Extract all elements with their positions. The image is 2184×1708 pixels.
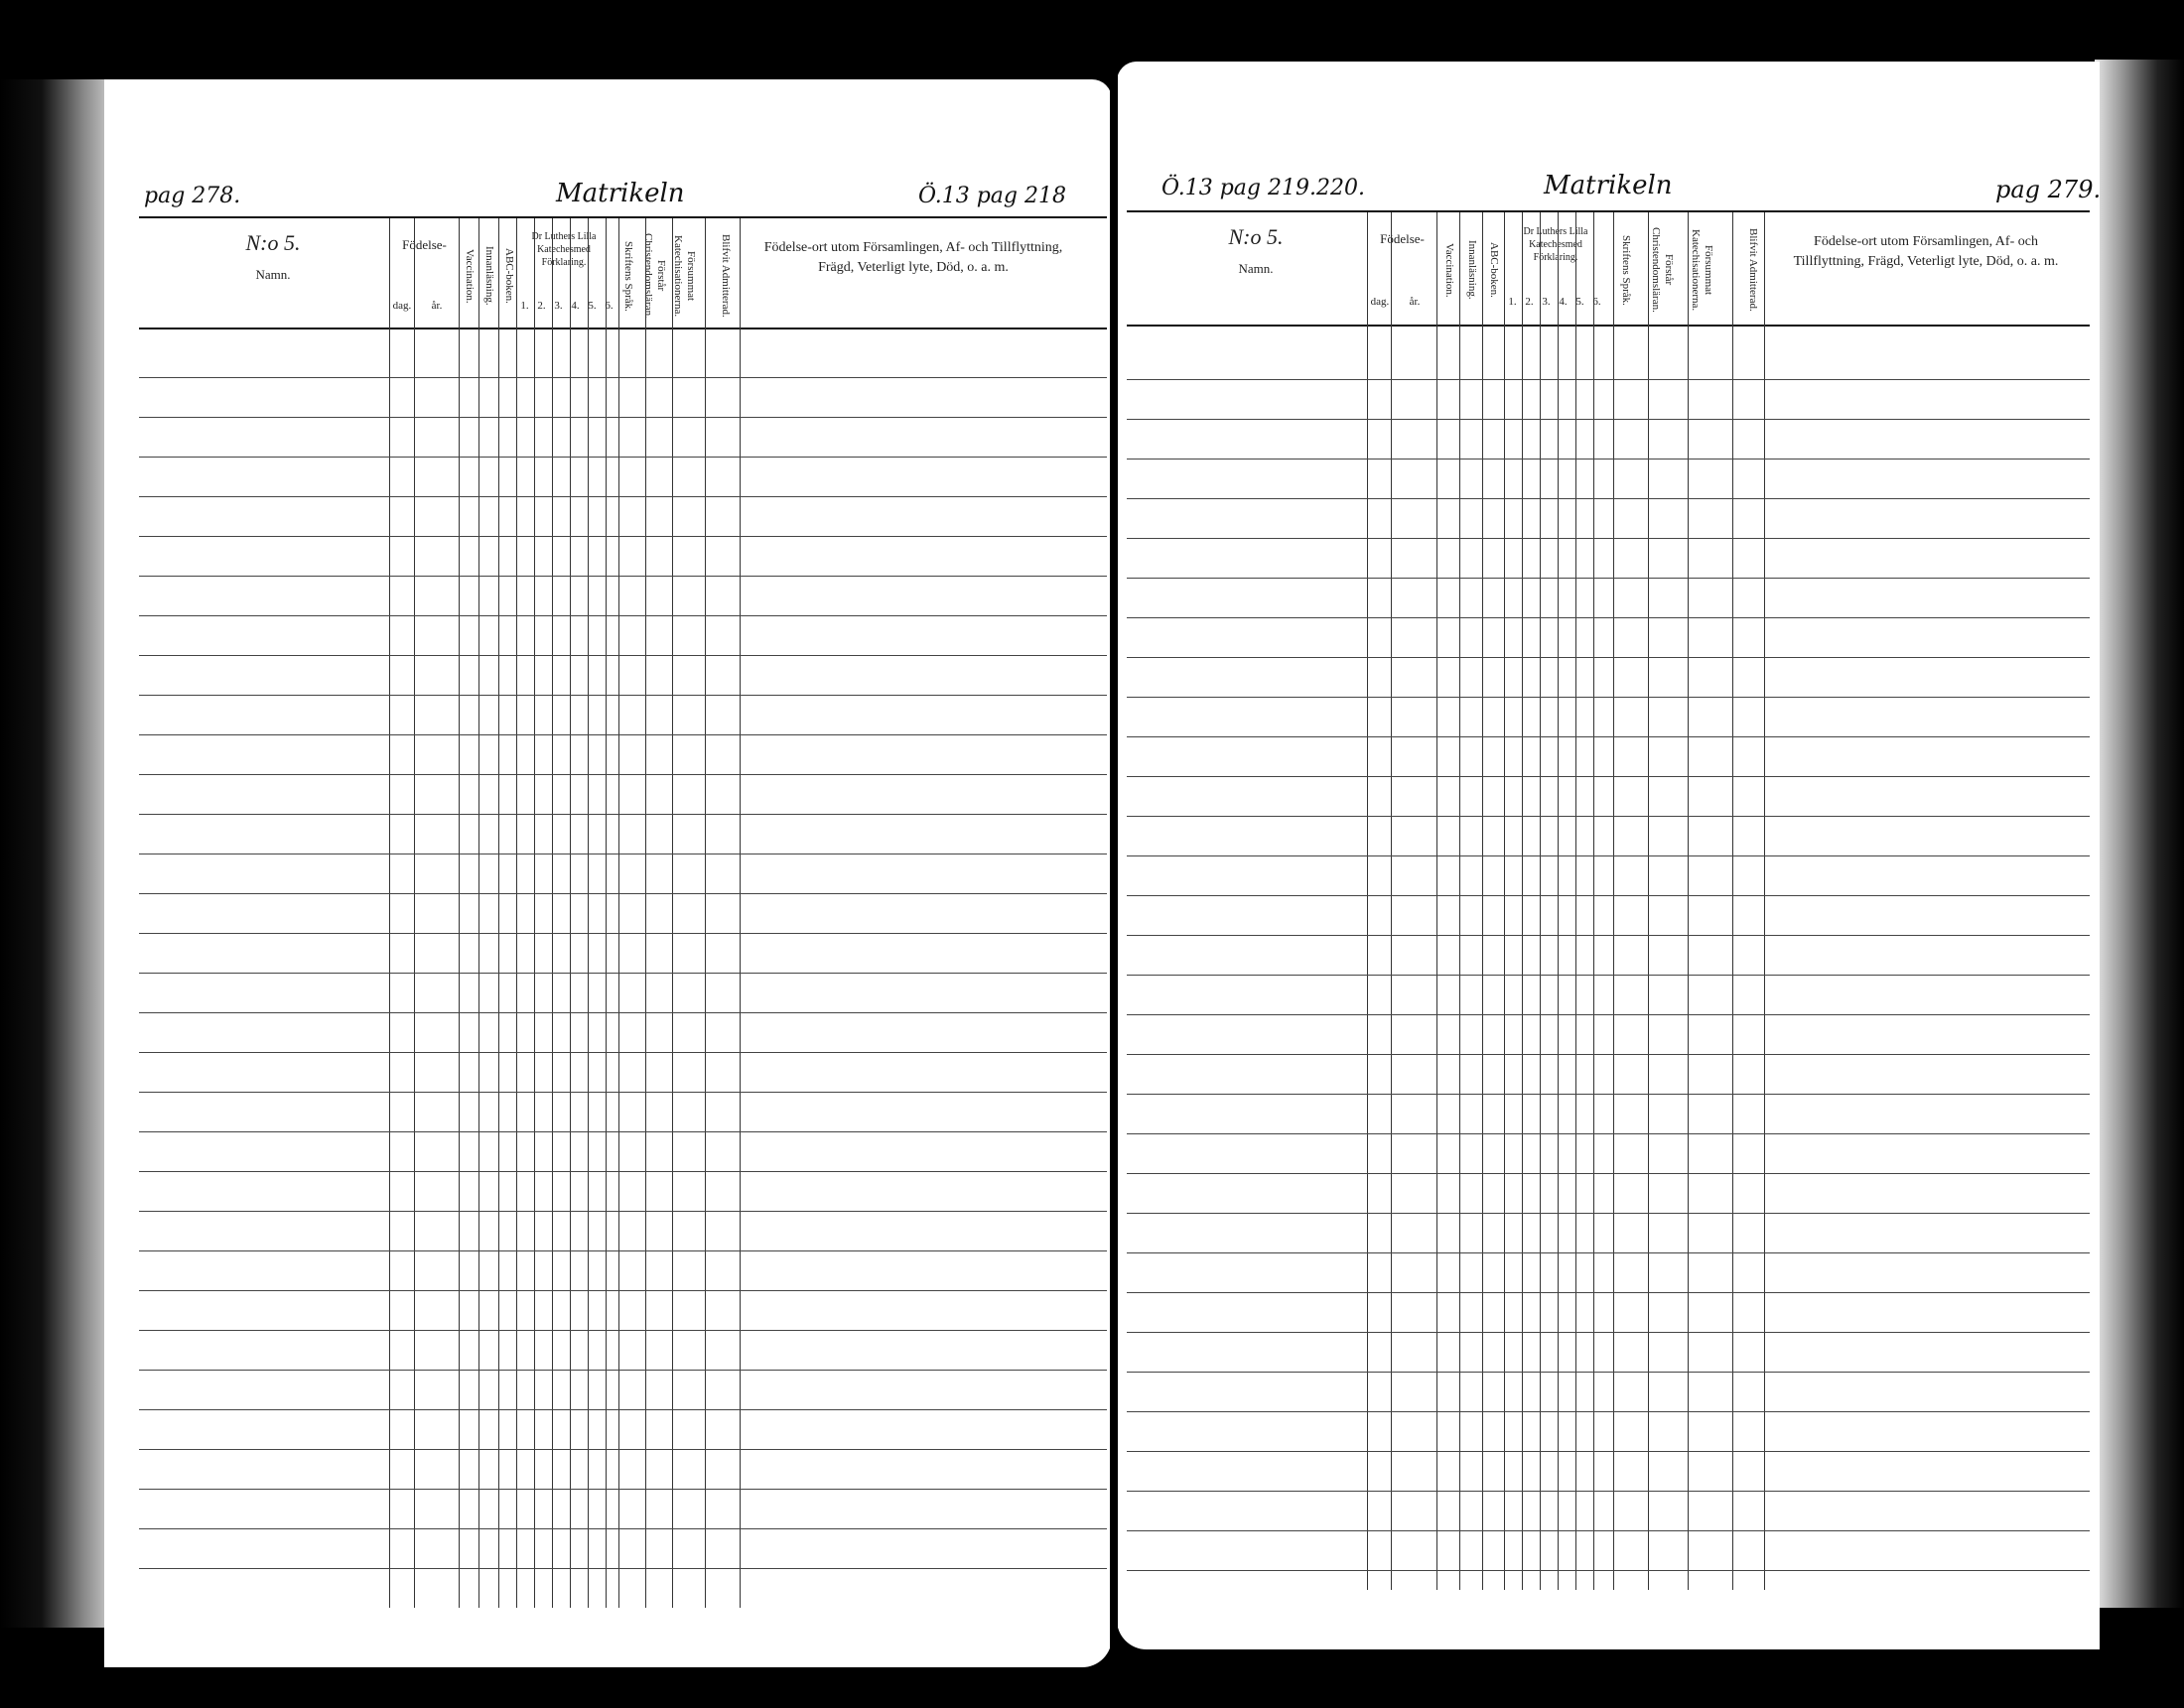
row-rule	[1127, 1332, 2090, 1333]
row-rule	[139, 814, 1107, 815]
row-rule	[139, 496, 1107, 497]
column-rule	[606, 218, 607, 1608]
birth-label: Födelse-	[1370, 232, 1434, 245]
year-label: år.	[1395, 296, 1434, 309]
column-rule	[478, 218, 479, 1608]
row-rule	[1127, 617, 2090, 618]
row-rule	[139, 576, 1107, 577]
communion-label: Försummat Katechisationerna.	[675, 226, 697, 326]
catechism-col-2: 2.	[1521, 296, 1538, 309]
communion-label: Försummat Katechisationerna.	[1693, 220, 1714, 320]
catechism-col-6: 6.	[601, 300, 617, 313]
christendom-label: Förstår Christendomsläran.	[645, 226, 667, 326]
row-rule	[1127, 1570, 2090, 1571]
catechism-label: Dr Luthers Lilla Katechesmed Förklaring.	[1506, 225, 1605, 264]
catechism-col-2: 2.	[533, 300, 550, 313]
day-label: dag.	[392, 300, 412, 313]
notes-label: Födelse-ort utom Församlingen, Af- och T…	[750, 238, 1077, 278]
notes-label: Födelse-ort utom Församlingen, Af- och T…	[1777, 232, 2075, 272]
column-rule	[740, 218, 741, 1608]
column-rule	[534, 218, 535, 1608]
book-edge-left	[0, 79, 119, 1628]
row-rule	[139, 417, 1107, 418]
row-rule	[1127, 498, 2090, 499]
row-rule	[139, 1211, 1107, 1212]
row-rule	[1127, 1252, 2090, 1253]
name-label: Namn.	[159, 268, 387, 281]
row-rule	[139, 615, 1107, 616]
row-rule	[139, 536, 1107, 537]
column-rule	[588, 218, 589, 1608]
admitted-label: Blifvit Admitterad.	[1737, 220, 1759, 320]
row-rule	[139, 1250, 1107, 1251]
row-rule	[139, 457, 1107, 458]
column-rule	[570, 218, 571, 1608]
row-rule	[1127, 1133, 2090, 1134]
page-title: Matrikeln	[1544, 171, 1673, 200]
book-edge-right	[2095, 60, 2184, 1608]
row-rule	[1127, 379, 2090, 380]
catechism-col-5: 5.	[584, 300, 601, 313]
cross-reference: Ö.13 pag 219.220.	[1161, 176, 1365, 200]
cross-reference: Ö.13 pag 218	[918, 184, 1066, 208]
column-rule	[459, 218, 460, 1608]
column-rule	[516, 218, 517, 1608]
row-rule	[139, 655, 1107, 656]
row-rule	[139, 1489, 1107, 1490]
column-rule	[705, 218, 706, 1608]
page-title: Matrikeln	[556, 179, 685, 208]
catechism-col-3: 3.	[1538, 296, 1555, 309]
row-rule	[1127, 736, 2090, 737]
catechism-col-6: 6.	[1588, 296, 1605, 309]
row-rule	[139, 933, 1107, 934]
number-label: N:o 5.	[1147, 230, 1365, 243]
row-rule	[139, 377, 1107, 378]
row-rule	[1127, 1292, 2090, 1293]
row-rule	[139, 1012, 1107, 1013]
row-rule	[1127, 1094, 2090, 1095]
catechism-col-5: 5.	[1571, 296, 1588, 309]
row-rule	[139, 1370, 1107, 1371]
row-rule	[1127, 1530, 2090, 1531]
right-page: Ö.13 pag 219.220. Matrikeln pag 279. N:o…	[1117, 62, 2100, 1649]
column-rule	[618, 218, 619, 1608]
book-spine	[1110, 60, 1118, 1647]
catechism-col-3: 3.	[550, 300, 567, 313]
row-rule	[139, 1528, 1107, 1529]
row-rule	[1127, 657, 2090, 658]
row-rule	[139, 695, 1107, 696]
page-ref: pag 278.	[144, 184, 240, 208]
row-rule	[1127, 419, 2090, 420]
row-rule	[1127, 975, 2090, 976]
row-rule	[1127, 1372, 2090, 1373]
day-label: dag.	[1370, 296, 1390, 309]
abc-label: ABC-boken.	[501, 226, 515, 326]
row-rule	[139, 1568, 1107, 1569]
row-rule	[1127, 578, 2090, 579]
row-rule	[1127, 855, 2090, 856]
row-rule	[139, 1330, 1107, 1331]
catechism-col-1: 1.	[516, 300, 533, 313]
row-rule	[1127, 816, 2090, 817]
row-rule	[139, 774, 1107, 775]
row-rule	[1127, 1054, 2090, 1055]
row-rule	[1127, 776, 2090, 777]
christendom-label: Förstår Christendomsläran.	[1653, 220, 1675, 320]
left-page: pag 278. Matrikeln Ö.13 pag 218 N:o 5. N…	[104, 79, 1112, 1667]
row-rule	[139, 1092, 1107, 1093]
writing-label: Skriftens Språk.	[620, 226, 634, 326]
row-rule	[139, 1131, 1107, 1132]
row-rule	[139, 1052, 1107, 1053]
reading-label: Innanläsning.	[481, 226, 495, 326]
writing-label: Skriftens Språk.	[1618, 220, 1632, 320]
admitted-label: Blifvit Admitterad.	[710, 226, 732, 326]
column-rule	[552, 218, 553, 1608]
row-rule	[139, 854, 1107, 854]
row-rule	[139, 734, 1107, 735]
column-rule	[389, 218, 390, 1608]
row-rule	[1127, 1173, 2090, 1174]
row-rule	[1127, 935, 2090, 936]
birth-label: Födelse-	[392, 238, 457, 251]
row-rule	[1127, 1014, 2090, 1015]
column-rule	[672, 218, 673, 1608]
reading-label: Innanläsning.	[1464, 220, 1478, 320]
catechism-col-4: 4.	[567, 300, 584, 313]
column-rule	[498, 218, 499, 1608]
row-rule	[1127, 538, 2090, 539]
catechism-col-4: 4.	[1555, 296, 1571, 309]
number-label: N:o 5.	[159, 236, 387, 249]
catechism-label: Dr Luthers Lilla Katechesmed Förklaring.	[519, 230, 609, 269]
name-label: Namn.	[1147, 262, 1365, 275]
row-rule	[139, 1449, 1107, 1450]
row-rule	[1127, 1491, 2090, 1492]
catechism-col-1: 1.	[1504, 296, 1521, 309]
year-label: år.	[417, 300, 457, 313]
vaccination-label: Vaccination.	[462, 226, 476, 326]
column-rule	[414, 218, 415, 1608]
row-rule	[1127, 1411, 2090, 1412]
row-rule	[139, 1171, 1107, 1172]
column-rule	[645, 218, 646, 1608]
row-rule	[1127, 1451, 2090, 1452]
row-rule	[1127, 1213, 2090, 1214]
row-rule	[139, 893, 1107, 894]
row-rule	[1127, 895, 2090, 896]
row-rule	[1127, 697, 2090, 698]
row-rule	[139, 1409, 1107, 1410]
row-rule	[139, 973, 1107, 974]
page-ref: pag 279.	[1995, 176, 2100, 203]
row-rule	[139, 1290, 1107, 1291]
row-rule	[1127, 459, 2090, 460]
vaccination-label: Vaccination.	[1441, 220, 1455, 320]
abc-label: ABC-boken.	[1486, 220, 1500, 320]
